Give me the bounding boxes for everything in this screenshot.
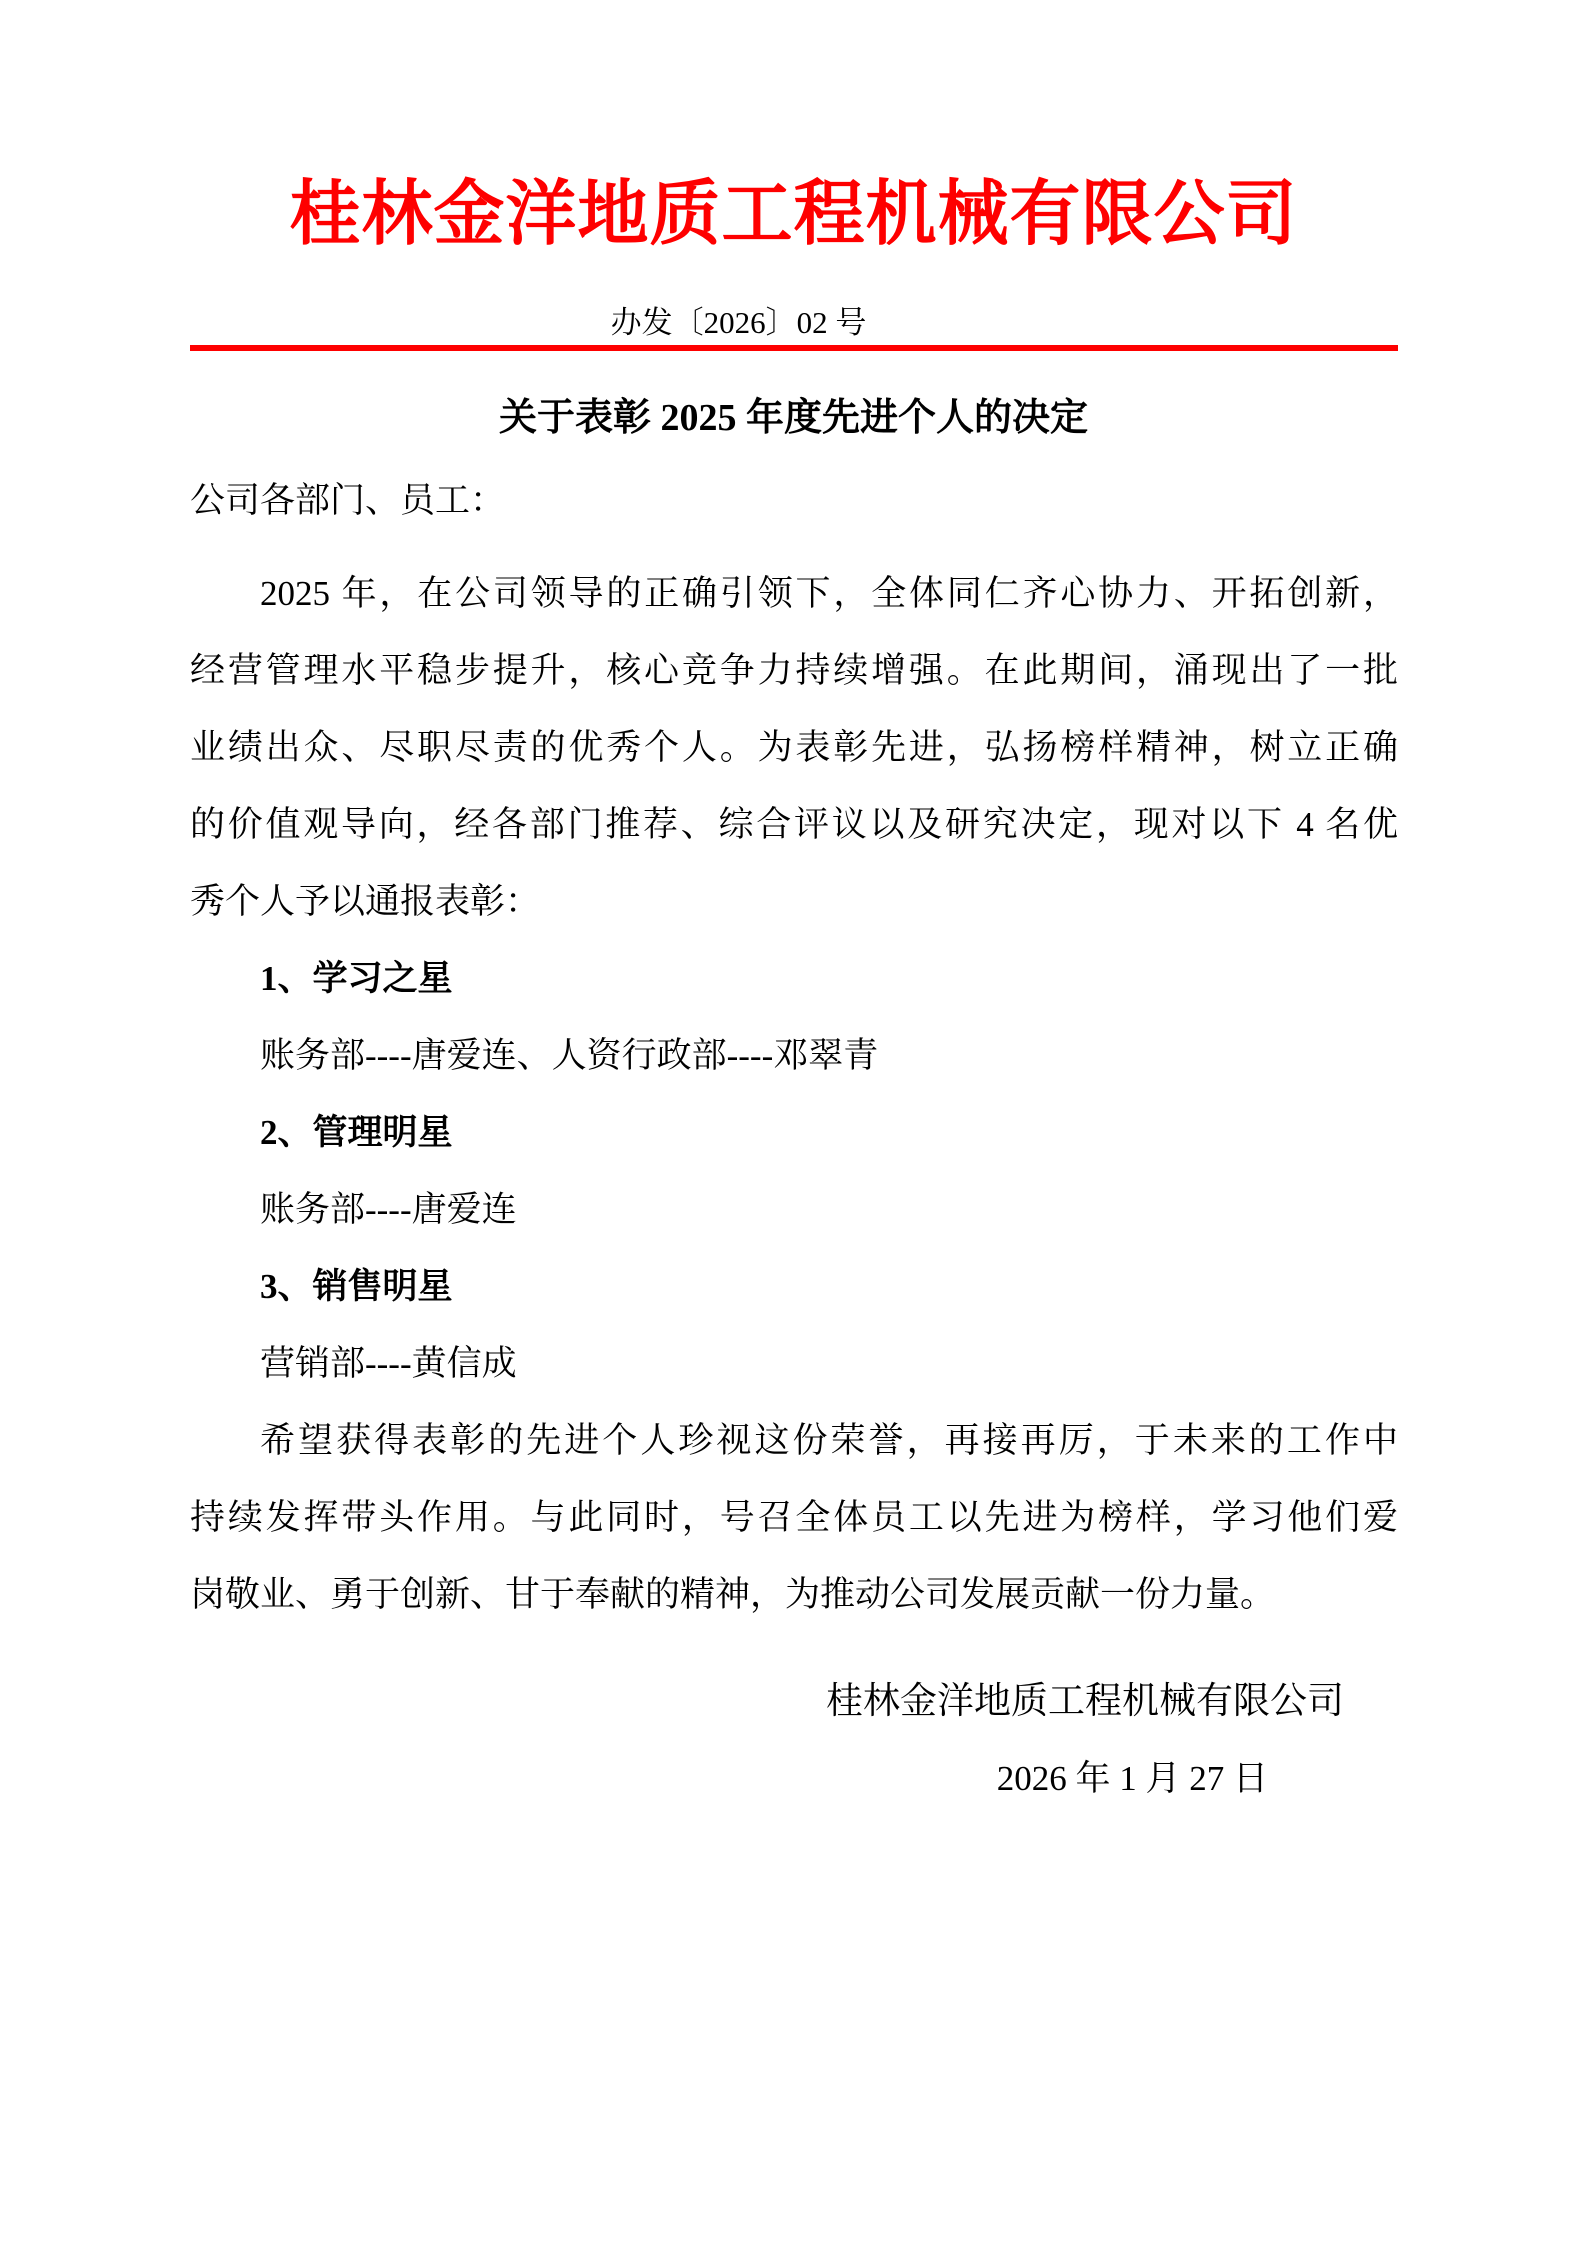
paragraph1-line-2: 经营管理水平稳步提升，核心竞争力持续增强。在此期间，涌现出了一批 xyxy=(190,632,1398,709)
signature-company: 桂林金洋地质工程机械有限公司 xyxy=(190,1663,1398,1740)
company-title: 桂林金洋地质工程机械有限公司 xyxy=(0,172,1587,258)
blank-space xyxy=(190,1633,1398,1663)
document-page: 桂林金洋地质工程机械有限公司 办发〔2026〕02 号 关于表彰 2025 年度… xyxy=(0,0,1587,2245)
award-recipients-management-star: 账务部----唐爱连 xyxy=(190,1171,1398,1248)
award-recipients-sales-star: 营销部----黄信成 xyxy=(190,1325,1398,1402)
paragraph1-line-1: 2025 年，在公司领导的正确引领下，全体同仁齐心协力、开拓创新， xyxy=(190,555,1398,632)
signature-date: 2026 年 1 月 27 日 xyxy=(190,1740,1398,1817)
closing-line-1: 希望获得表彰的先进个人珍视这份荣誉，再接再厉，于未来的工作中 xyxy=(190,1402,1398,1479)
closing-line-2: 持续发挥带头作用。与此同时，号召全体员工以先进为榜样，学习他们爱 xyxy=(190,1479,1398,1556)
document-body: 公司各部门、员工： 2025 年，在公司领导的正确引领下，全体同仁齐心协力、开拓… xyxy=(190,462,1398,1817)
paragraph1-line-4: 的价值观导向，经各部门推荐、综合评议以及研究决定，现对以下 4 名优 xyxy=(190,786,1398,863)
paragraph1-line-3: 业绩出众、尽职尽责的优秀个人。为表彰先进，弘扬榜样精神，树立正确 xyxy=(190,709,1398,786)
award-heading-sales-star: 3、销售明星 xyxy=(190,1248,1398,1325)
salutation: 公司各部门、员工： xyxy=(190,462,1398,539)
award-heading-learning-star: 1、学习之星 xyxy=(190,940,1398,1017)
paragraph1-line-5: 秀个人予以通报表彰： xyxy=(190,863,1398,940)
award-heading-management-star: 2、管理明星 xyxy=(190,1094,1398,1171)
document-heading: 关于表彰 2025 年度先进个人的决定 xyxy=(0,393,1587,443)
red-divider-line xyxy=(190,345,1398,351)
doc-number: 办发〔2026〕02 号 xyxy=(0,304,1532,342)
award-recipients-learning-star: 账务部----唐爱连、人资行政部----邓翠青 xyxy=(190,1017,1398,1094)
closing-line-3: 岗敬业、勇于创新、甘于奉献的精神，为推动公司发展贡献一份力量。 xyxy=(190,1556,1398,1633)
